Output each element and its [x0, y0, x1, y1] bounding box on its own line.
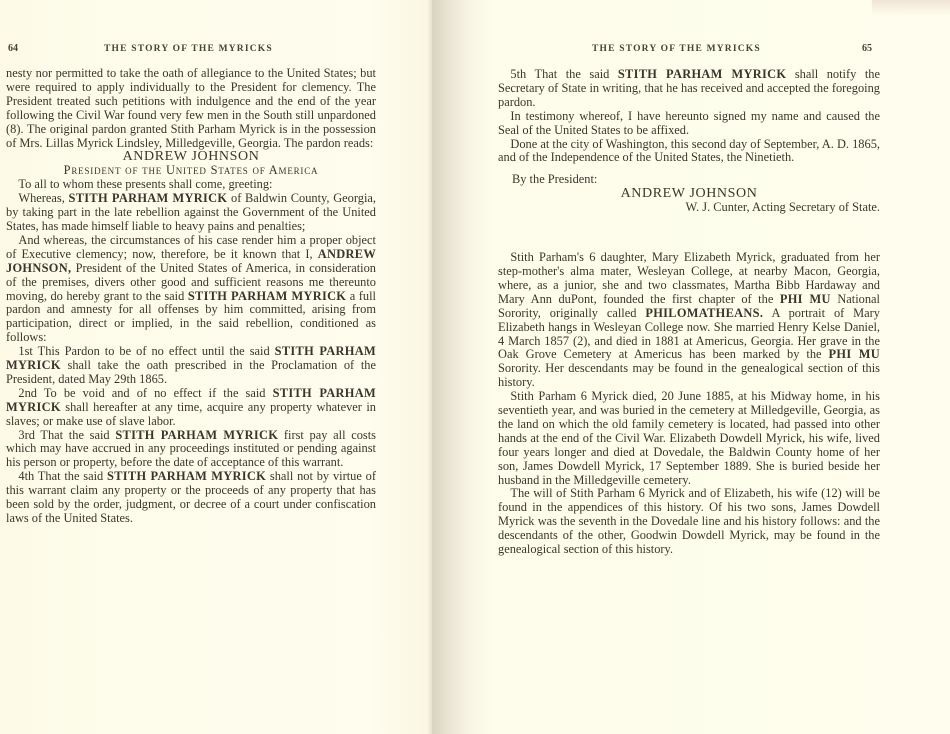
left-page-number: 64: [8, 43, 18, 54]
condition-5: 5th That the said STITH PARHAM MYRICK sh…: [498, 68, 880, 110]
name-caps: STITH PARHAM MYRICK: [188, 289, 346, 303]
text-run: shall take the oath prescribed in the Pr…: [6, 358, 376, 386]
name-caps: PHILOMATHEANS.: [645, 306, 763, 320]
right-running-head: THE STORY OF THE MYRICKS: [592, 44, 761, 54]
right-page: THE STORY OF THE MYRICKS 65 5th That the…: [432, 0, 950, 734]
condition-1: 1st This Pardon to be of no effect until…: [6, 345, 376, 387]
name-caps: STITH PARHAM MYRICK: [618, 67, 786, 81]
right-page-body: 5th That the said STITH PARHAM MYRICK sh…: [498, 68, 880, 557]
name-caps: STITH PARHAM MYRICK: [69, 191, 228, 205]
death-paragraph: Stith Parham 6 Myrick died, 20 June 1885…: [498, 390, 880, 487]
right-page-number: 65: [862, 43, 872, 54]
signature-president: ANDREW JOHNSON: [498, 187, 880, 201]
book-spread: 64 THE STORY OF THE MYRICKS nesty nor pe…: [0, 0, 950, 734]
daughter-paragraph: Stith Parham's 6 daughter, Mary Elizabet…: [498, 251, 880, 390]
text-run: 3rd That the said: [18, 428, 109, 442]
text-run: Sorority. Her descendants may be found i…: [498, 361, 880, 389]
condition-2: 2nd To be void and of no effect if the s…: [6, 387, 376, 429]
name-caps: PHI MU: [780, 292, 831, 306]
text-run: 2nd To be void and of no effect if the s…: [18, 386, 265, 400]
intro-paragraph: nesty nor permitted to take the oath of …: [6, 67, 376, 150]
name-caps: STITH PARHAM MYRICK: [115, 428, 278, 442]
name-caps: STITH PARHAM MYRICK: [107, 469, 266, 483]
pardon-heading: ANDREW JOHNSON: [6, 150, 376, 164]
text-run: 1st This Pardon to be of no effect until…: [18, 344, 269, 358]
top-shadow: [872, 0, 950, 16]
condition-3: 3rd That the said STITH PARHAM MYRICK fi…: [6, 429, 376, 471]
greeting: To all to whom these presents shall come…: [6, 178, 376, 192]
left-page: 64 THE STORY OF THE MYRICKS nesty nor pe…: [0, 0, 432, 734]
condition-4: 4th That the said STITH PARHAM MYRICK sh…: [6, 470, 376, 526]
whereas-paragraph-1: Whereas, STITH PARHAM MYRICK of Baldwin …: [6, 192, 376, 234]
text-run: 4th That the said: [18, 469, 103, 483]
left-running-head: THE STORY OF THE MYRICKS: [104, 44, 273, 54]
done-paragraph: Done at the city of Washington, this sec…: [498, 138, 880, 166]
whereas-paragraph-2: And whereas, the circumstances of his ca…: [6, 234, 376, 345]
text-run: Whereas,: [18, 191, 64, 205]
name-caps: PHI MU: [829, 347, 880, 361]
section-spacer: [498, 215, 880, 251]
pardon-subheading: President of the United States of Americ…: [6, 164, 376, 178]
by-the-president: By the President:: [498, 173, 880, 187]
text-run: 5th That the said: [510, 67, 609, 81]
signature-secretary: W. J. Cunter, Acting Secretary of State.: [498, 201, 880, 215]
testimony-paragraph: In testimony whereof, I have hereunto si…: [498, 110, 880, 138]
will-paragraph: The will of Stith Parham 6 Myrick and of…: [498, 487, 880, 557]
left-page-body: nesty nor permitted to take the oath of …: [6, 67, 376, 526]
text-run: shall hereafter at any time, acquire any…: [6, 400, 376, 428]
